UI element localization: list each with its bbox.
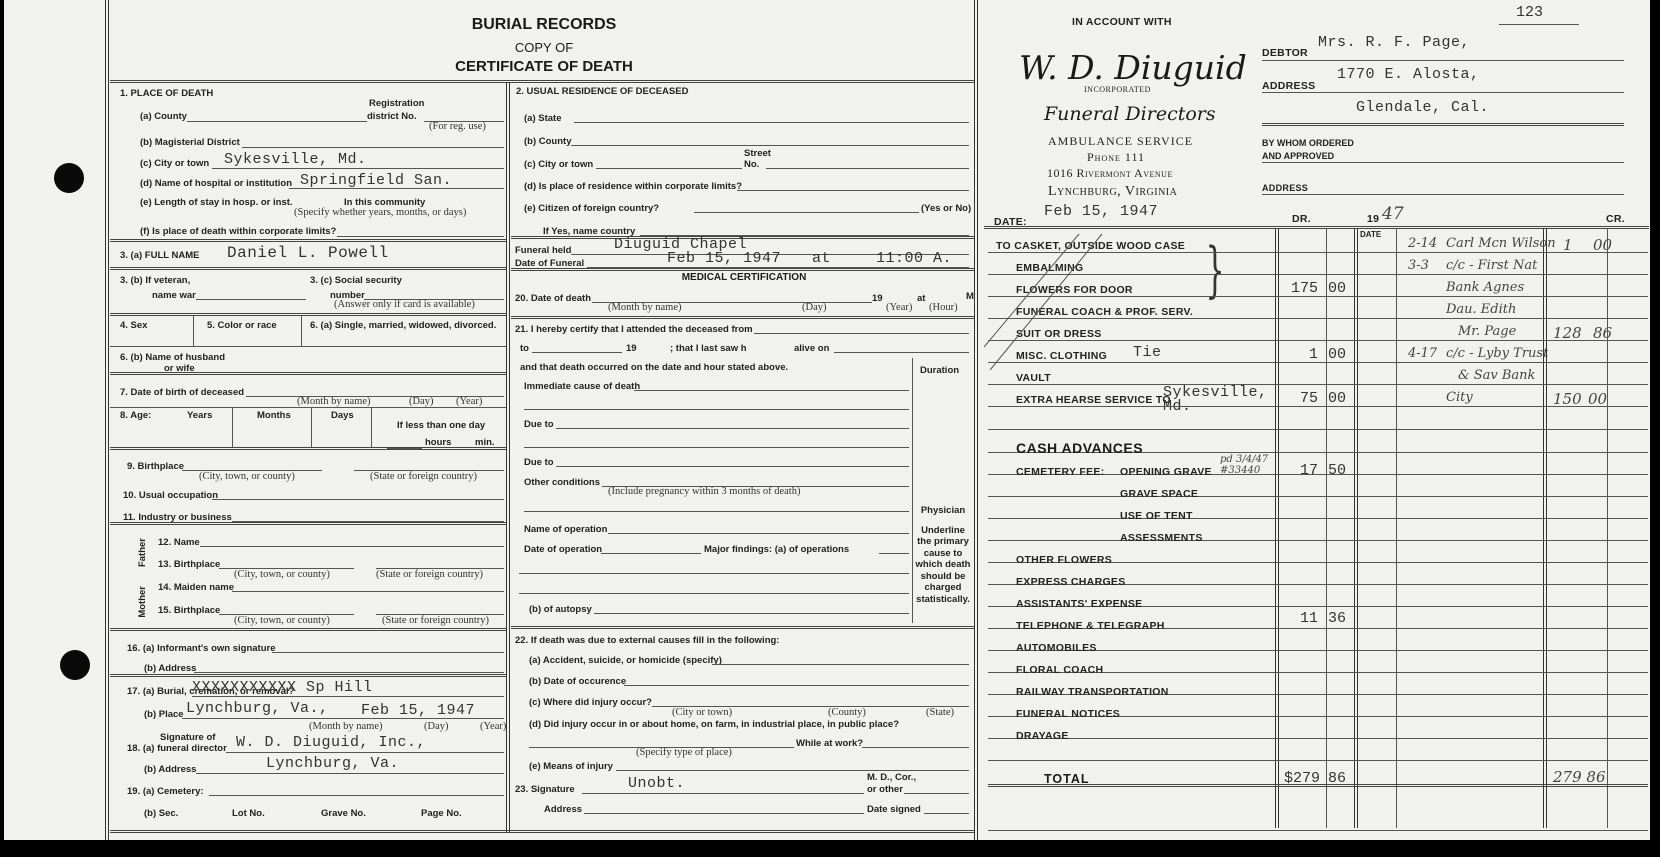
spouse-label: 6. (b) Name of husband bbox=[120, 352, 225, 363]
header-copy-of: COPY OF bbox=[424, 40, 664, 55]
total-label: TOTAL bbox=[1044, 772, 1090, 786]
item-label: GRAVE SPACE bbox=[1120, 488, 1198, 500]
divider bbox=[110, 522, 506, 525]
signature-value: Unobt. bbox=[628, 775, 685, 792]
item-cents: 00 bbox=[1328, 280, 1346, 297]
divider bbox=[311, 407, 312, 447]
city-label: (c) City or town bbox=[524, 159, 593, 170]
lot-label: Lot No. bbox=[232, 808, 265, 819]
divider bbox=[110, 447, 506, 450]
place-label: (b) Place bbox=[144, 709, 184, 720]
item-label: EXPRESS CHARGES bbox=[1016, 576, 1126, 588]
total-row: TOTAL $279 86 279 86 bbox=[988, 764, 1648, 786]
means-label: (e) Means of injury bbox=[529, 761, 613, 772]
due-to-label: Due to bbox=[524, 419, 554, 430]
mother-maiden-label: 14. Maiden name bbox=[158, 582, 234, 593]
type-hint: (Specify type of place) bbox=[636, 747, 732, 758]
name-war-label: name war bbox=[152, 290, 196, 301]
item-label: RAILWAY TRANSPORTATION bbox=[1016, 686, 1169, 698]
ledger-row[interactable]: GRAVE SPACE bbox=[988, 480, 1648, 502]
total-cents: 86 bbox=[1328, 770, 1346, 787]
occurred-label: and that death occurred on the date and … bbox=[520, 362, 788, 373]
in-account-with: IN ACCOUNT WITH bbox=[1072, 16, 1172, 28]
page-number: 123 bbox=[1516, 4, 1543, 21]
item-label: ASSESSMENTS bbox=[1120, 532, 1203, 544]
item-dollars: 1 bbox=[1278, 346, 1318, 363]
yes-no-hint: (Yes or No) bbox=[921, 203, 971, 214]
occurrence-field[interactable] bbox=[624, 685, 969, 686]
hospital-value: Springfield San. bbox=[300, 172, 452, 189]
page-number-line bbox=[1499, 24, 1579, 25]
to-field[interactable] bbox=[532, 352, 622, 353]
ledger-row[interactable]: ASSESSMENTS bbox=[988, 524, 1648, 546]
city: Lynchburg, Virginia bbox=[1048, 184, 1177, 200]
mother-birthplace-label: 15. Birthplace bbox=[158, 605, 220, 616]
year-hint: (Year) bbox=[886, 302, 912, 313]
dr-label: DR. bbox=[1292, 213, 1311, 225]
autopsy-label: (b) of autopsy bbox=[529, 604, 592, 615]
divider bbox=[193, 316, 194, 346]
divider bbox=[511, 268, 974, 271]
veteran-label: 3. (b) If veteran, bbox=[120, 275, 190, 286]
ledger-row[interactable]: USE OF TENT bbox=[988, 502, 1648, 524]
divider bbox=[110, 313, 506, 316]
item-cents: 50 bbox=[1328, 462, 1346, 479]
occurrence-label: (b) Date of occurence bbox=[529, 676, 626, 687]
due-to-field-3[interactable] bbox=[556, 466, 909, 467]
work-label: While at work? bbox=[796, 738, 863, 749]
hospital-field[interactable] bbox=[289, 188, 504, 189]
item-label: TELEPHONE & TELEGRAPH bbox=[1016, 620, 1165, 632]
row-line bbox=[988, 406, 1648, 407]
city-hint: (City, town, or county) bbox=[199, 471, 295, 482]
item-cents: 00 bbox=[1328, 390, 1346, 407]
county-field[interactable] bbox=[571, 145, 969, 146]
header-burial-records: BURIAL RECORDS bbox=[424, 16, 664, 34]
row-line bbox=[988, 760, 1648, 761]
means-field[interactable] bbox=[616, 770, 969, 771]
immediate-cause-field-2[interactable] bbox=[524, 409, 909, 410]
item-cents: 36 bbox=[1328, 610, 1346, 627]
ledger-row[interactable]: DRAYAGE bbox=[988, 722, 1648, 744]
operation-field[interactable] bbox=[608, 533, 909, 534]
border-left bbox=[105, 0, 109, 840]
row-line bbox=[988, 318, 1648, 319]
hour-hint: (Hour) bbox=[929, 302, 958, 313]
to-label: to bbox=[520, 343, 529, 354]
month-hint: (Month by name) bbox=[608, 302, 682, 313]
address-line-1: 1770 E. Alosta, bbox=[1337, 66, 1480, 83]
cr-label: CR. bbox=[1606, 213, 1625, 225]
operation-label: Name of operation bbox=[524, 524, 607, 535]
full-name-label: 3. (a) FULL NAME bbox=[120, 250, 200, 261]
street-label: Street bbox=[744, 148, 771, 159]
border-divider bbox=[974, 0, 978, 840]
registration-label: Registration bbox=[369, 98, 424, 109]
citizen-field[interactable] bbox=[694, 212, 919, 213]
item-note: Carl Mcn Wilson bbox=[1446, 236, 1556, 251]
ssn-hint: (Answer only if card is available) bbox=[334, 299, 475, 310]
ledger-row[interactable]: TELEPHONE & TELEGRAPH 11 36 bbox=[988, 612, 1648, 634]
m-label: M bbox=[966, 291, 974, 302]
divider bbox=[371, 407, 372, 447]
magisterial-field[interactable] bbox=[242, 147, 504, 148]
war-field[interactable] bbox=[196, 299, 306, 300]
findings-field-3[interactable] bbox=[519, 593, 909, 594]
father-name-field[interactable] bbox=[200, 546, 504, 547]
mother-maiden-field[interactable] bbox=[232, 591, 504, 592]
street-no-label: No. bbox=[744, 159, 759, 170]
findings-field-2[interactable] bbox=[519, 573, 909, 574]
binder-hole bbox=[60, 650, 90, 680]
city-value: Sykesville, Md. bbox=[224, 151, 367, 168]
informant-address-field[interactable] bbox=[194, 672, 504, 673]
county-hint: (County) bbox=[828, 707, 866, 718]
county-label: (a) County bbox=[140, 111, 187, 122]
physician-note-line: charged bbox=[913, 582, 973, 594]
ledger-row[interactable]: OPENING GRAVE pd 3/4/47 #33440 17 50 bbox=[988, 458, 1648, 480]
at-label: at bbox=[917, 293, 925, 304]
other-hint: (Include pregnancy within 3 months of de… bbox=[608, 486, 800, 497]
burial-field[interactable] bbox=[192, 696, 504, 697]
director-label: 18. (a) funeral director bbox=[127, 743, 227, 754]
row-line bbox=[988, 296, 1648, 297]
burial-date-value: Feb 15, 1947 bbox=[361, 702, 475, 719]
signature-field[interactable] bbox=[582, 793, 864, 794]
divider bbox=[110, 372, 506, 375]
work-field[interactable] bbox=[862, 747, 969, 748]
divider bbox=[301, 316, 302, 346]
where-label: (c) Where did injury occur? bbox=[529, 697, 652, 708]
item-note: & Sav Bank bbox=[1458, 368, 1535, 383]
signature-address-field[interactable] bbox=[584, 813, 864, 814]
incorporated-label: INCORPORATED bbox=[1084, 85, 1151, 94]
director-signature-label: Signature of bbox=[160, 732, 215, 743]
row-line bbox=[988, 252, 1648, 253]
tagline: Funeral Directors bbox=[1044, 103, 1216, 125]
address-field[interactable] bbox=[1262, 92, 1624, 93]
row-line bbox=[988, 340, 1648, 341]
other-conditions-field-2[interactable] bbox=[524, 511, 909, 512]
corporate-field[interactable] bbox=[737, 190, 969, 191]
magisterial-label: (b) Magisterial District bbox=[140, 137, 240, 148]
physician-note-line: should be bbox=[913, 571, 973, 583]
father-label: Father bbox=[137, 538, 148, 567]
last-saw-label: ; that I last saw h bbox=[670, 343, 747, 354]
immediate-cause-label: Immediate cause of death bbox=[524, 381, 640, 392]
certify-from-field[interactable] bbox=[754, 333, 969, 334]
county-label: (b) County bbox=[524, 136, 572, 147]
item-label: EXTRA HEARSE SERVICE TO bbox=[1016, 394, 1171, 406]
physician-note-line: which death bbox=[913, 559, 973, 571]
item-note: c/c - Lyby Trust bbox=[1446, 346, 1548, 361]
item-label: VAULT bbox=[1016, 372, 1051, 384]
month-hint: (Month by name) bbox=[309, 721, 383, 732]
informant-field[interactable] bbox=[272, 652, 504, 653]
informant-label: 16. (a) Informant's own signature bbox=[127, 643, 275, 654]
ledger-top-border bbox=[984, 226, 1649, 229]
year-prefix: 19 bbox=[1367, 213, 1379, 225]
year-hint: (Year) bbox=[456, 396, 482, 407]
nineteen: 19 bbox=[626, 343, 637, 354]
ledger-row[interactable]: OTHER FLOWERS bbox=[988, 546, 1648, 568]
nineteen: 19 bbox=[872, 293, 883, 304]
months-label: Months bbox=[257, 410, 291, 421]
physician-note-line: cause to bbox=[913, 548, 973, 560]
item-label: USE OF TENT bbox=[1120, 510, 1193, 522]
stay-hint: (Specify whether years, months, or days) bbox=[294, 207, 466, 218]
item-note: Mr. Page bbox=[1458, 324, 1516, 339]
item-label: DRAYAGE bbox=[1016, 730, 1069, 742]
ledger-bottom bbox=[988, 830, 1648, 831]
ordered-label: BY WHOM ORDERED AND APPROVED bbox=[1262, 137, 1354, 163]
ledger-row[interactable]: EXPRESS CHARGES bbox=[988, 568, 1648, 590]
total-dollars: $279 bbox=[1272, 770, 1320, 787]
row-line bbox=[988, 362, 1648, 363]
occupation-field[interactable] bbox=[212, 499, 504, 500]
ssn-label: 3. (c) Social security bbox=[310, 275, 402, 286]
or-other-field[interactable] bbox=[904, 793, 969, 794]
bracket-brace: } bbox=[1206, 240, 1225, 300]
informant-address-label: (b) Address bbox=[144, 663, 196, 674]
item-label: ASSISTANTS' EXPENSE bbox=[1016, 598, 1142, 610]
findings-field[interactable] bbox=[879, 553, 909, 554]
ledger-row[interactable]: ASSISTANTS' EXPENSE bbox=[988, 590, 1648, 612]
item-label: OTHER FLOWERS bbox=[1016, 554, 1112, 566]
year-handwritten: 47 bbox=[1382, 204, 1404, 224]
date-value: Feb 15, 1947 bbox=[1044, 203, 1158, 220]
divider bbox=[232, 407, 233, 447]
cemetery-field[interactable] bbox=[209, 795, 504, 796]
medical-title: MEDICAL CERTIFICATION bbox=[644, 272, 844, 283]
item-note: c/c - First Nat bbox=[1446, 258, 1537, 273]
race-label: 5. Color or race bbox=[207, 320, 277, 331]
father-birthplace-label: 13. Birthplace bbox=[158, 559, 220, 570]
address-label: ADDRESS bbox=[1262, 80, 1315, 92]
city-hint: (City or town) bbox=[672, 707, 732, 718]
physician-note-line: the primary bbox=[913, 536, 973, 548]
item-label: FLORAL COACH bbox=[1016, 664, 1103, 676]
alive-label: alive on bbox=[794, 343, 829, 354]
divider bbox=[110, 628, 506, 631]
debtor-label: DEBTOR bbox=[1262, 47, 1308, 59]
day-hint: (Day) bbox=[424, 721, 449, 732]
day-hint: (Day) bbox=[409, 396, 434, 407]
state-field[interactable] bbox=[574, 122, 969, 123]
funeral-held-label: Funeral held bbox=[515, 245, 571, 256]
funeral-time-value: 11:00 A. bbox=[876, 250, 952, 267]
divider bbox=[110, 80, 974, 83]
county-field[interactable] bbox=[187, 121, 367, 122]
citizen-label: (e) Citizen of foreign country? bbox=[524, 203, 659, 214]
row-line bbox=[988, 384, 1648, 385]
findings-label: Major findings: (a) of operations bbox=[704, 544, 849, 555]
full-name-value: Daniel L. Powell bbox=[227, 244, 389, 262]
due-to-field-2[interactable] bbox=[524, 447, 909, 448]
grave-label: Grave No. bbox=[321, 808, 366, 819]
item-date: 3-3 bbox=[1408, 258, 1429, 273]
cemetery-label: 19. (a) Cemetery: bbox=[127, 786, 204, 797]
ledger-row[interactable]: RAILWAY TRANSPORTATION bbox=[988, 678, 1648, 700]
ledger-row[interactable]: FLORAL COACH bbox=[988, 656, 1648, 678]
marital-label: 6. (a) Single, married, widowed, divorce… bbox=[310, 320, 496, 331]
row-line bbox=[988, 429, 1648, 430]
debtor-value: Mrs. R. F. Page, bbox=[1318, 34, 1470, 51]
item-date: 2-14 bbox=[1408, 236, 1437, 251]
district-label: district No. bbox=[367, 111, 417, 122]
address-label: (b) Address bbox=[144, 764, 196, 775]
city-field[interactable] bbox=[212, 168, 504, 169]
md-label: M. D., Cor., bbox=[867, 772, 916, 783]
due-to-label-2: Due to bbox=[524, 457, 554, 468]
city-label: (c) City or town bbox=[140, 158, 209, 169]
address-field[interactable] bbox=[196, 773, 504, 774]
item-note: Bank Agnes bbox=[1446, 280, 1524, 295]
page-label: Page No. bbox=[421, 808, 462, 819]
autopsy-field[interactable] bbox=[594, 613, 909, 614]
immediate-cause-field[interactable] bbox=[634, 390, 909, 391]
reg-use-hint: (For reg. use) bbox=[429, 121, 486, 132]
physician-note-line: Physician bbox=[913, 505, 973, 517]
ledger-row[interactable]: AUTOMOBILES bbox=[988, 634, 1648, 656]
strike-through-lines bbox=[984, 232, 1104, 372]
item-note: Dau. Edith bbox=[1446, 302, 1516, 317]
item-label: OPENING GRAVE bbox=[1120, 466, 1212, 478]
ambulance-service: AMBULANCE SERVICE bbox=[1048, 134, 1193, 149]
years-label: Years bbox=[187, 410, 212, 421]
item-date: 4-17 bbox=[1408, 346, 1437, 361]
street-field[interactable] bbox=[766, 168, 969, 169]
day-hint: (Day) bbox=[802, 302, 827, 313]
city-hint: (City, town, or county) bbox=[234, 615, 330, 626]
ordered-label-1: BY WHOM ORDERED bbox=[1262, 137, 1354, 150]
corporate-field[interactable] bbox=[337, 236, 504, 237]
item-detail: Sykesville, Md. bbox=[1163, 386, 1273, 414]
divider bbox=[110, 674, 506, 677]
duration-label: Duration bbox=[920, 365, 959, 376]
section-label: 22. If death was due to external causes … bbox=[515, 635, 779, 646]
certify-label: 21. I hereby certify that I attended the… bbox=[515, 324, 753, 335]
hospital-label: (d) Name of hospital or institution bbox=[140, 178, 292, 189]
father-name-label: 12. Name bbox=[158, 537, 200, 548]
place-value: Lynchburg, Va., bbox=[186, 700, 329, 717]
divider bbox=[110, 407, 506, 408]
state-hint: (State or foreign country) bbox=[376, 569, 483, 580]
funeral-at: at bbox=[812, 250, 831, 267]
birthplace-label: 9. Birthplace bbox=[127, 461, 184, 472]
debtor-field[interactable] bbox=[1262, 60, 1624, 61]
burial-value: XXXXXXXXXXX Sp Hill bbox=[192, 679, 373, 696]
divider bbox=[110, 830, 974, 833]
ordered-field[interactable] bbox=[1262, 162, 1624, 163]
divider bbox=[110, 239, 506, 242]
item-dollars: 11 bbox=[1278, 610, 1318, 627]
state-label: (a) State bbox=[524, 113, 561, 124]
divider bbox=[110, 267, 506, 270]
sex-label: 4. Sex bbox=[120, 320, 147, 331]
ordered-address-field[interactable] bbox=[1262, 194, 1624, 195]
city-field[interactable] bbox=[596, 168, 742, 169]
column-divider bbox=[506, 82, 510, 832]
company-name: W. D. Diuguid bbox=[1019, 48, 1247, 87]
physician-note-line: statistically. bbox=[913, 594, 973, 606]
city-hint: (City, town, or county) bbox=[234, 569, 330, 580]
state-hint: (State or foreign country) bbox=[370, 471, 477, 482]
sec-label: (b) Sec. bbox=[144, 808, 178, 819]
street-address: 1016 Rivermont Avenue bbox=[1047, 166, 1173, 181]
ledger-row[interactable]: EXTRA HEARSE SERVICE TO Sykesville, Md. … bbox=[988, 386, 1648, 408]
corporate-label: (d) Is place of residence within corpora… bbox=[524, 181, 742, 192]
paper-sheet: BURIAL RECORDS COPY OF CERTIFICATE OF DE… bbox=[4, 0, 1650, 840]
ordered-address-label: ADDRESS bbox=[1262, 183, 1308, 193]
corporate-label: (f) Is place of death within corporate l… bbox=[140, 226, 336, 237]
dob-label: 7. Date of birth of deceased bbox=[120, 387, 244, 398]
item-dollars: 175 bbox=[1278, 280, 1318, 297]
address-label: Address bbox=[544, 804, 582, 815]
address-field-2[interactable] bbox=[1262, 123, 1624, 126]
accident-label: (a) Accident, suicide, or homicide (spec… bbox=[529, 655, 722, 666]
signature-label: 23. Signature bbox=[515, 784, 575, 795]
row-line bbox=[988, 274, 1648, 275]
date-death-label: 20. Date of death bbox=[515, 293, 591, 304]
item-dollars: 17 bbox=[1278, 462, 1318, 479]
year-hint: (Year) bbox=[480, 721, 506, 732]
place-field[interactable] bbox=[182, 718, 504, 719]
item-detail: Tie bbox=[1133, 344, 1162, 361]
binder-hole bbox=[54, 163, 84, 193]
item-note: pd 3/4/47 #33440 bbox=[1220, 454, 1280, 476]
mother-label: Mother bbox=[137, 586, 148, 618]
header-certificate-of-death: CERTIFICATE OF DEATH bbox=[404, 58, 684, 75]
address-line-2: Glendale, Cal. bbox=[1356, 99, 1489, 116]
physician-note-line: Underline bbox=[913, 525, 973, 537]
other-conditions-label: Other conditions bbox=[524, 477, 600, 488]
ledger-row[interactable]: FUNERAL NOTICES bbox=[988, 700, 1648, 722]
home-label: (d) Did injury occur in or about home, o… bbox=[529, 719, 899, 730]
cash-advances-label: CASH ADVANCES bbox=[1016, 440, 1143, 456]
state-hint: (State) bbox=[926, 707, 954, 718]
item-cents: 00 bbox=[1328, 346, 1346, 363]
date-signed-field[interactable] bbox=[924, 813, 969, 814]
director-field[interactable] bbox=[226, 752, 504, 753]
section-label: 1. PLACE OF DEATH bbox=[120, 88, 213, 99]
accident-field[interactable] bbox=[712, 664, 969, 665]
divider bbox=[110, 346, 506, 347]
divider bbox=[511, 316, 974, 319]
physician-note: Physician Underline the primary cause to… bbox=[913, 505, 973, 605]
date-signed-label: Date signed bbox=[867, 804, 921, 815]
item-note: City bbox=[1446, 390, 1473, 405]
divider bbox=[511, 626, 974, 629]
date-operation-field[interactable] bbox=[601, 553, 701, 554]
cr-total: 279 86 bbox=[1553, 768, 1606, 786]
or-other-label: or other bbox=[867, 784, 903, 795]
less-day-label: If less than one day bbox=[397, 420, 485, 431]
spacer bbox=[913, 517, 973, 525]
scanned-document: BURIAL RECORDS COPY OF CERTIFICATE OF DE… bbox=[0, 0, 1660, 857]
due-to-field[interactable] bbox=[556, 428, 909, 429]
age-label: 8. Age: bbox=[120, 410, 151, 421]
phone-number: Phone 111 bbox=[1087, 150, 1145, 165]
month-hint: (Month by name) bbox=[297, 396, 371, 407]
occupation-label: 10. Usual occupation bbox=[123, 490, 218, 501]
days-label: Days bbox=[331, 410, 354, 421]
funeral-date-value: Feb 15, 1947 bbox=[667, 250, 781, 267]
item-dollars: 75 bbox=[1278, 390, 1318, 407]
section-label: 2. USUAL RESIDENCE OF DECEASED bbox=[516, 86, 688, 97]
alive-field[interactable] bbox=[834, 352, 969, 353]
director-value: W. D. Diuguid, Inc., bbox=[236, 734, 426, 751]
